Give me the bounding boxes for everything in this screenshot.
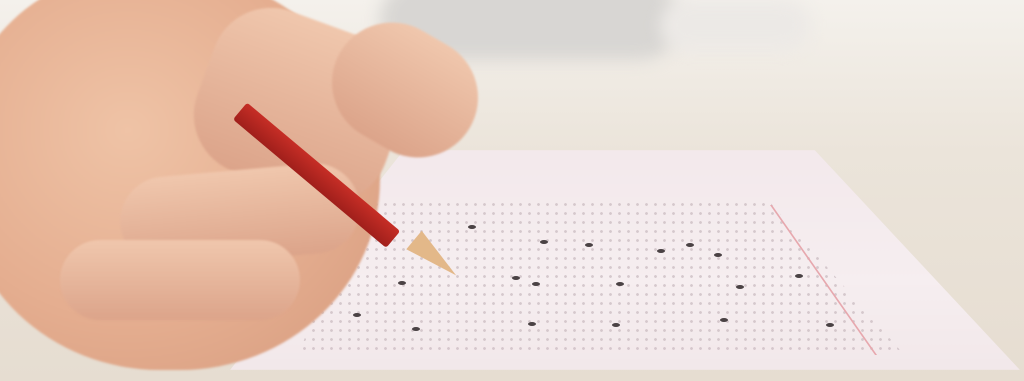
- photo-scene: Hand holding a red pencil filling in bub…: [0, 0, 1024, 381]
- finger: [60, 240, 300, 320]
- blurred-background-object: [660, 0, 810, 50]
- image-alt: Hand holding a red pencil filling in bub…: [0, 0, 1, 1]
